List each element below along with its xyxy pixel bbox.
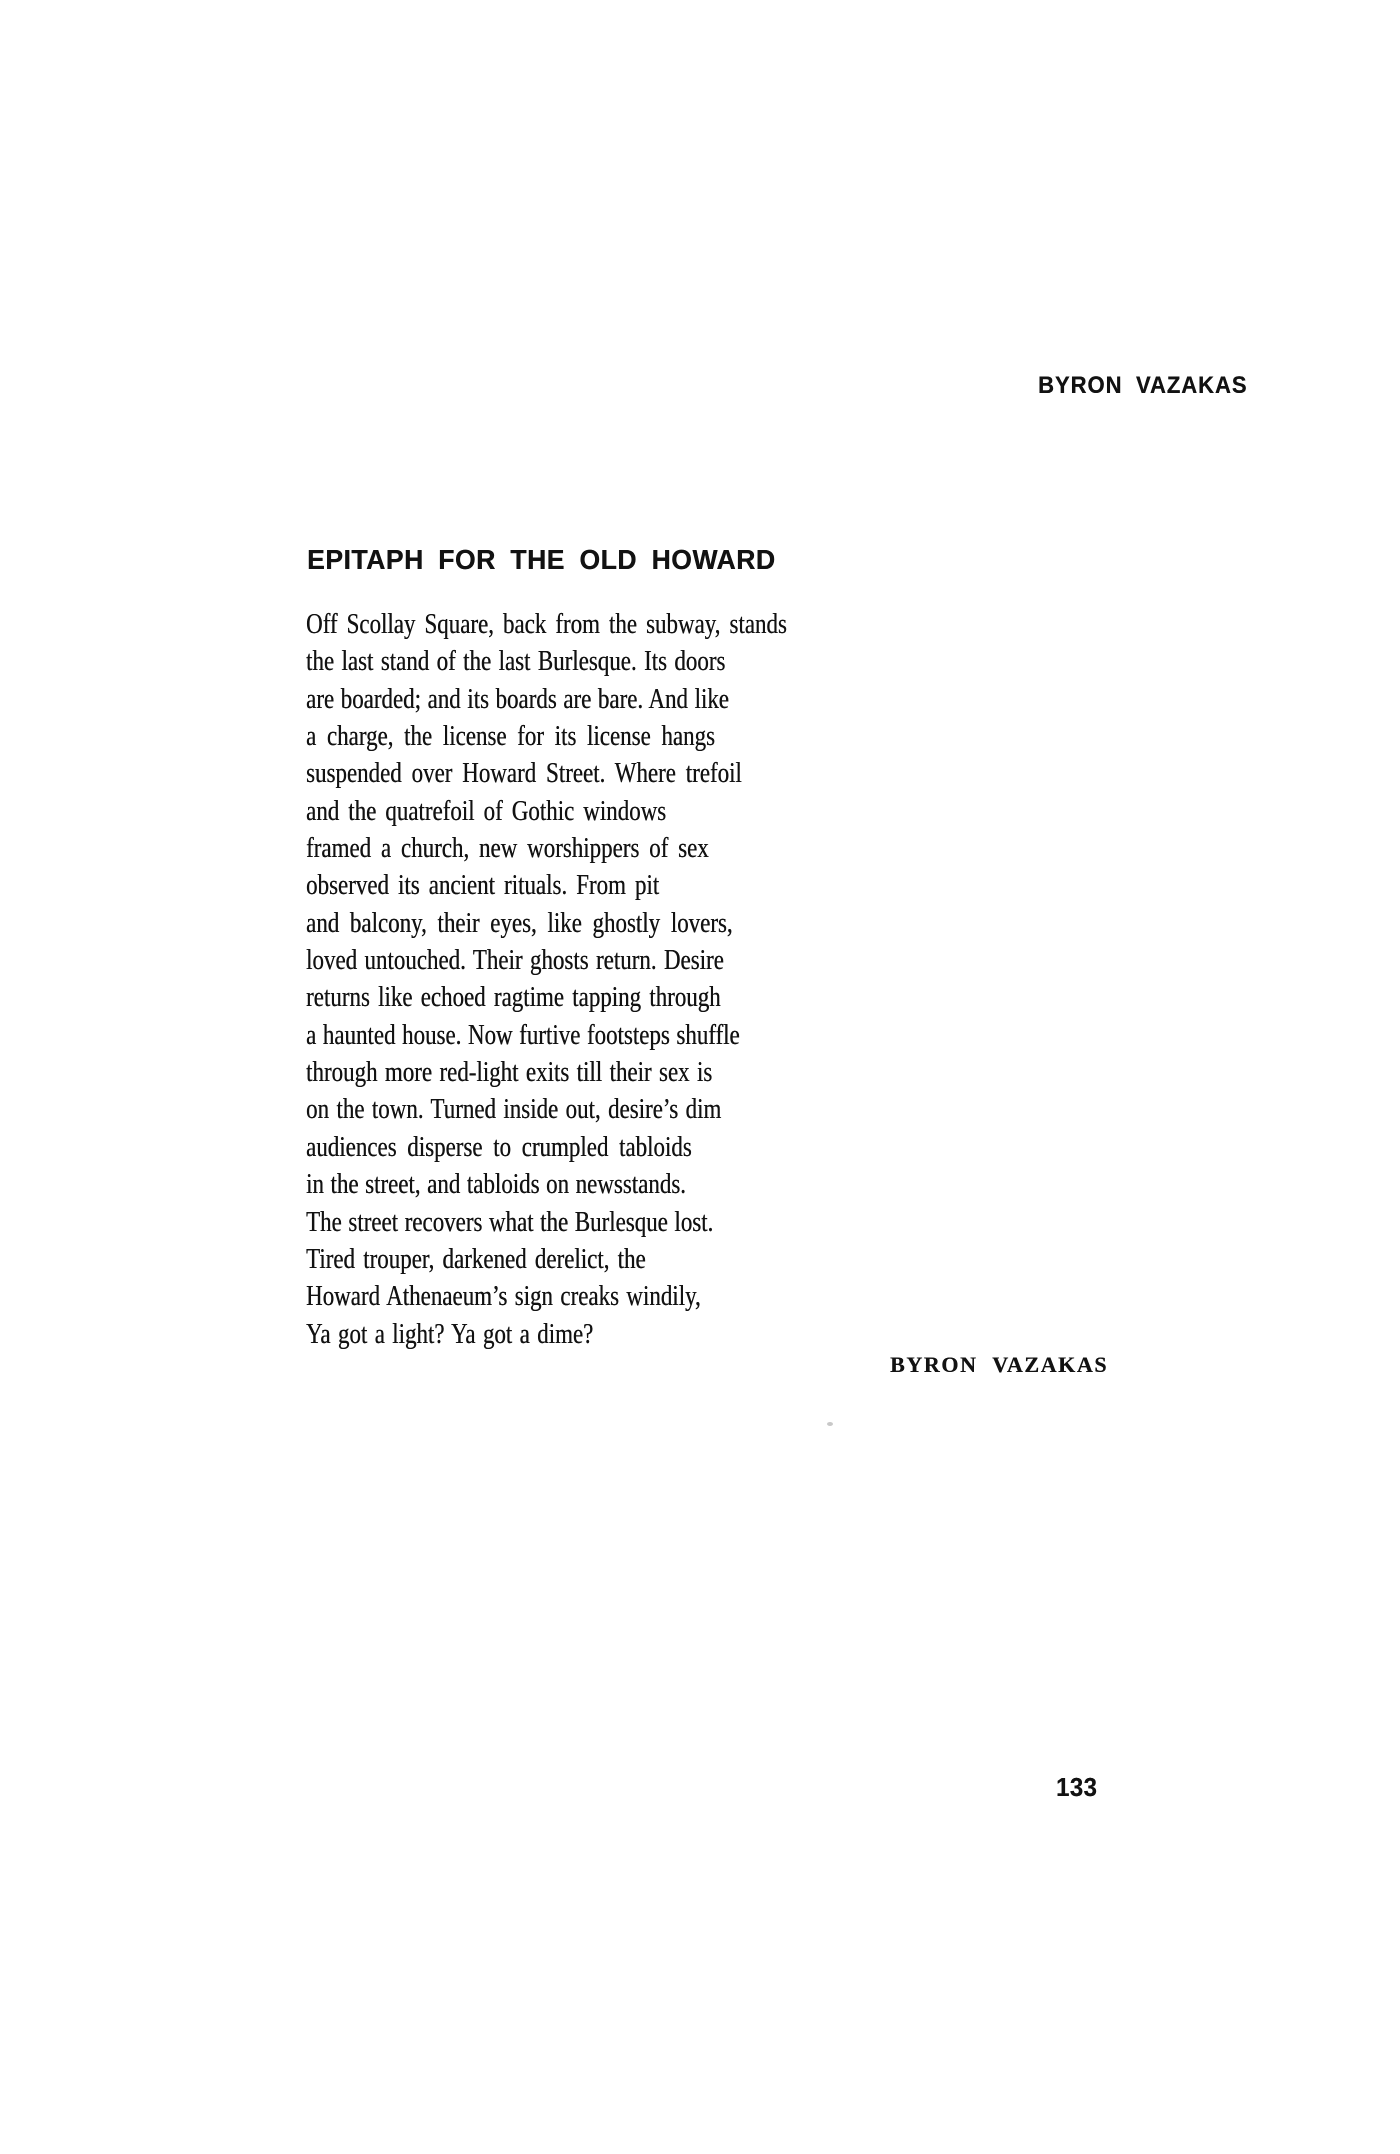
poem-line: audiences disperse to crumpled tabloids: [306, 1129, 787, 1166]
poem-title: EPITAPH FOR THE OLD HOWARD: [307, 544, 775, 576]
poem-line: returns like echoed ragtime tapping thro…: [306, 979, 787, 1016]
author-signature: BYRON VAZAKAS: [890, 1352, 1108, 1378]
poem-line: a haunted house. Now furtive footsteps s…: [306, 1017, 787, 1054]
poem-line: suspended over Howard Street. Where tref…: [306, 755, 787, 792]
poem-line: Ya got a light? Ya got a dime?: [306, 1316, 787, 1353]
poem-line: are boarded; and its boards are bare. An…: [306, 681, 787, 718]
poem-line: a charge, the license for its license ha…: [306, 718, 787, 755]
poem-line: in the street, and tabloids on newsstand…: [306, 1166, 787, 1203]
poem-line: The street recovers what the Burlesque l…: [306, 1204, 787, 1241]
scan-artifact-speck: [827, 1422, 833, 1426]
poem-line: on the town. Turned inside out, desire’s…: [306, 1091, 787, 1128]
poem-line: Howard Athenaeum’s sign creaks windily,: [306, 1278, 787, 1315]
poem-line: loved untouched. Their ghosts return. De…: [306, 942, 787, 979]
running-header-author: BYRON VAZAKAS: [1038, 372, 1247, 400]
poem-line: and the quatrefoil of Gothic windows: [306, 793, 787, 830]
poem-line: through more red-light exits till their …: [306, 1054, 787, 1091]
poem-line: and balcony, their eyes, like ghostly lo…: [306, 905, 787, 942]
poem-body: Off Scollay Square, back from the subway…: [306, 606, 892, 1353]
poem-line: Tired trouper, darkened derelict, the: [306, 1241, 787, 1278]
page-number: 133: [1056, 1772, 1097, 1803]
scanned-page: BYRON VAZAKAS EPITAPH FOR THE OLD HOWARD…: [0, 0, 1400, 2154]
poem-line: Off Scollay Square, back from the subway…: [306, 606, 787, 643]
poem-line: framed a church, new worshippers of sex: [306, 830, 787, 867]
poem-line: the last stand of the last Burlesque. It…: [306, 643, 787, 680]
poem-line: observed its ancient rituals. From pit: [306, 867, 787, 904]
